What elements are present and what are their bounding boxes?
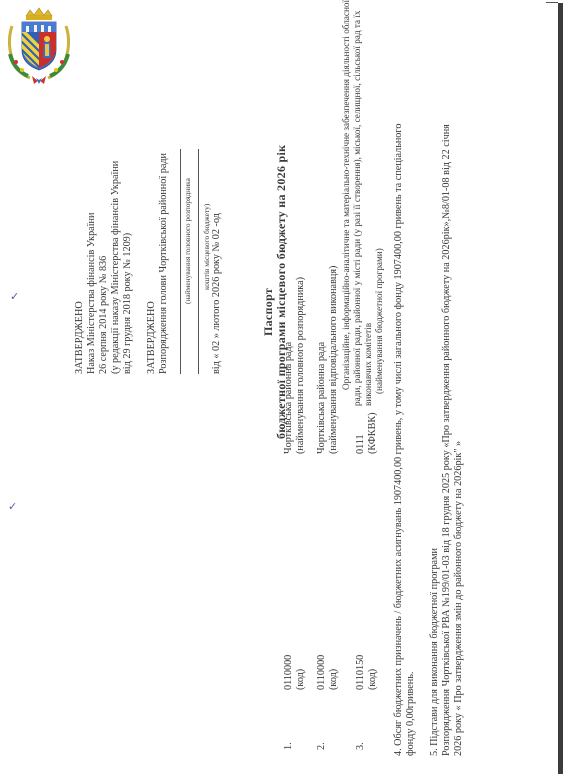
item-code-caption: (код) [328, 669, 341, 690]
item-number: 1. [283, 742, 296, 750]
section-5-heading: 5. Підстави для виконання бюджетної прог… [429, 548, 442, 756]
item-code-caption: (код) [367, 669, 380, 690]
approval-2-heading: ЗАТВЕРДЖЕНО [146, 301, 159, 374]
approval-2-caption: (найменування головного розпорядника [183, 178, 192, 304]
rotated-document-page: ЗАТВЕРДЖЕНО Наказ Міністерства фінансів … [0, 0, 563, 774]
item-name: Чортківська районна рада [316, 342, 329, 454]
approval-date-line: від « 02 » лютого 2026 року № 02 -од [211, 213, 224, 374]
item-name: Чортківська районна рада [283, 342, 296, 454]
item-code-caption: (код) [295, 669, 308, 690]
item-kfkvk-caption: (КФКВК) [367, 412, 380, 454]
approval-2-line: Розпорядження голови Чортківської районн… [158, 153, 171, 374]
item-name-caption: (найменування відповідального виконавця) [328, 266, 341, 454]
item-code: 0110150 [355, 655, 368, 690]
item-number: 2. [316, 742, 329, 750]
approval-1-line: 26 серпня 2014 року № 836 [98, 256, 111, 374]
approval-1-line: Наказ Міністерства фінансів України [86, 213, 99, 374]
item-kfkvk: 0111 [355, 434, 368, 454]
approval-2-caption: коштів місцевого бюджету) [202, 204, 211, 290]
program-name-line: виконавчих комітетів [363, 323, 374, 406]
item-code: 0110000 [283, 655, 296, 690]
signature-rule [180, 149, 181, 374]
section-4-line: 4. Обсяг бюджетних призначень / бюджетни… [393, 124, 406, 756]
item-number: 3. [355, 742, 368, 750]
section-5-line: Розпорядження Чортківської РВА №199/01-0… [441, 124, 454, 756]
program-name-line: ради, районної ради, районної у місті ра… [352, 10, 363, 406]
signature-rule [198, 149, 199, 374]
item-code: 0110000 [316, 655, 329, 690]
approval-1-line: (у редакції наказу Міністерства фінансів… [110, 161, 123, 374]
program-name-line: Організаційне, інформаційно-аналітичне т… [341, 0, 352, 390]
section-5-line: 2026 року « Про затвердження змін до рай… [453, 441, 466, 756]
item-name-caption: (найменування головного розпорядника) [295, 277, 308, 454]
section-4-line: фонду 0,00гривень. [405, 672, 418, 756]
approval-1-line: від 29 грудня 2018 року № 1209) [122, 233, 135, 374]
program-name-caption: (найменування бюджетної програми) [374, 248, 385, 394]
approval-1-heading: ЗАТВЕРДЖЕНО [74, 301, 87, 374]
